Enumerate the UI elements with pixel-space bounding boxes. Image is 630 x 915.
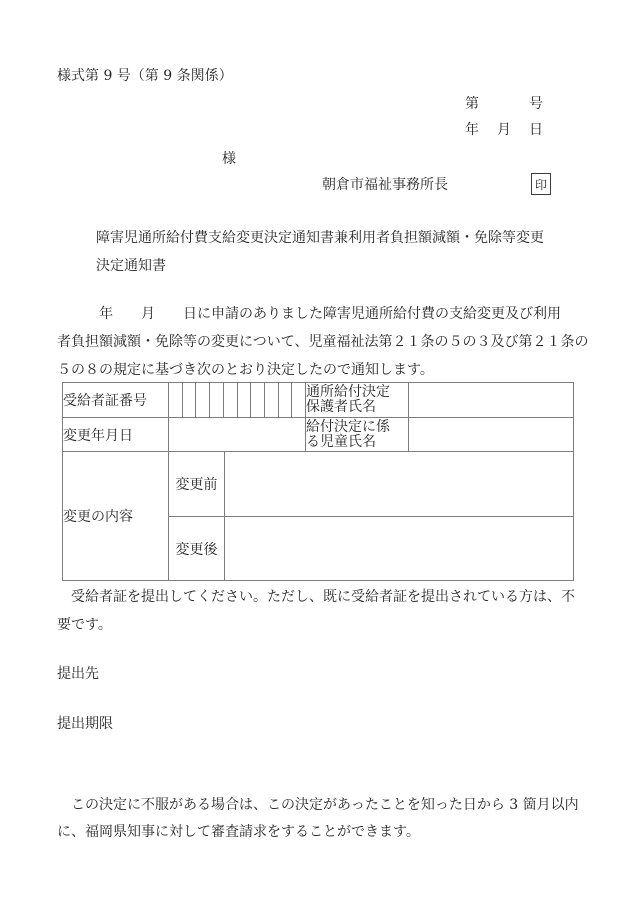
digit-box <box>292 383 305 417</box>
guardian-name-value <box>409 383 574 418</box>
before-change-value <box>225 452 574 517</box>
doc-number-line: 第 号 <box>465 96 545 112</box>
seal-box: 印 <box>531 173 551 195</box>
recipient-number-label: 受給者証番号 <box>63 383 169 418</box>
digit-box <box>265 383 279 417</box>
sender-title: 朝倉市福祉事務所長 <box>322 177 448 193</box>
child-name-label: 給付決定に係 る児童氏名 <box>306 418 409 452</box>
submit-note-line1: 受給者証を提出してください。ただし、既に受給者証を提出されている方は、不 <box>57 589 575 605</box>
date-line: 年 月 日 <box>465 122 545 138</box>
change-content-label: 変更の内容 <box>63 452 169 581</box>
form-number: 様式第 9 号（第 9 条関係） <box>57 68 233 84</box>
addressee-suffix: 様 <box>222 151 236 167</box>
body-paragraph-line1: 年 月 日に申請のありました障害児通所給付費の支給変更及び利用 <box>57 306 561 322</box>
document-page: 様式第 9 号（第 9 条関係） 第 号 年 月 日 様 朝倉市福祉事務所長 印… <box>0 0 630 915</box>
recipient-number-digit-boxes <box>169 383 306 418</box>
document-title-line2: 決定通知書 <box>96 258 166 274</box>
before-change-label: 変更前 <box>169 452 225 517</box>
change-date-label: 変更年月日 <box>63 418 169 452</box>
after-change-label: 変更後 <box>169 517 225 581</box>
notification-table: 受給者証番号 通所給付 <box>62 382 574 581</box>
submit-note-line2: 要です。 <box>57 617 112 633</box>
digit-box <box>196 383 210 417</box>
digit-box <box>169 383 183 417</box>
body-paragraph-line2: 者負担額減額・免除等の変更について、児童福祉法第２１条の５の３及び第２１条の <box>57 334 588 350</box>
change-date-value <box>169 418 306 452</box>
submit-to-label: 提出先 <box>57 666 99 682</box>
deadline-label: 提出期限 <box>57 716 113 732</box>
guardian-name-label: 通所給付決定 保護者氏名 <box>306 383 409 418</box>
seal-character: 印 <box>535 176 547 193</box>
digit-box <box>279 383 293 417</box>
digit-box <box>183 383 197 417</box>
child-name-value <box>409 418 574 452</box>
body-paragraph-line3: ５の８の規定に基づき次のとおり決定したので通知します。 <box>57 362 434 378</box>
digit-box <box>210 383 224 417</box>
digit-box <box>224 383 238 417</box>
document-title-line1: 障害児通所給付費支給変更決定通知書兼利用者負担額減額・免除等変更 <box>96 230 544 246</box>
digit-box <box>251 383 265 417</box>
appeal-note-line2: に、福岡県知事に対して審査請求をすることができます。 <box>57 824 420 840</box>
after-change-value <box>225 517 574 581</box>
appeal-note-line1: この決定に不服がある場合は、この決定があったことを知った日から 3 箇月以内 <box>57 797 579 813</box>
digit-box <box>238 383 252 417</box>
